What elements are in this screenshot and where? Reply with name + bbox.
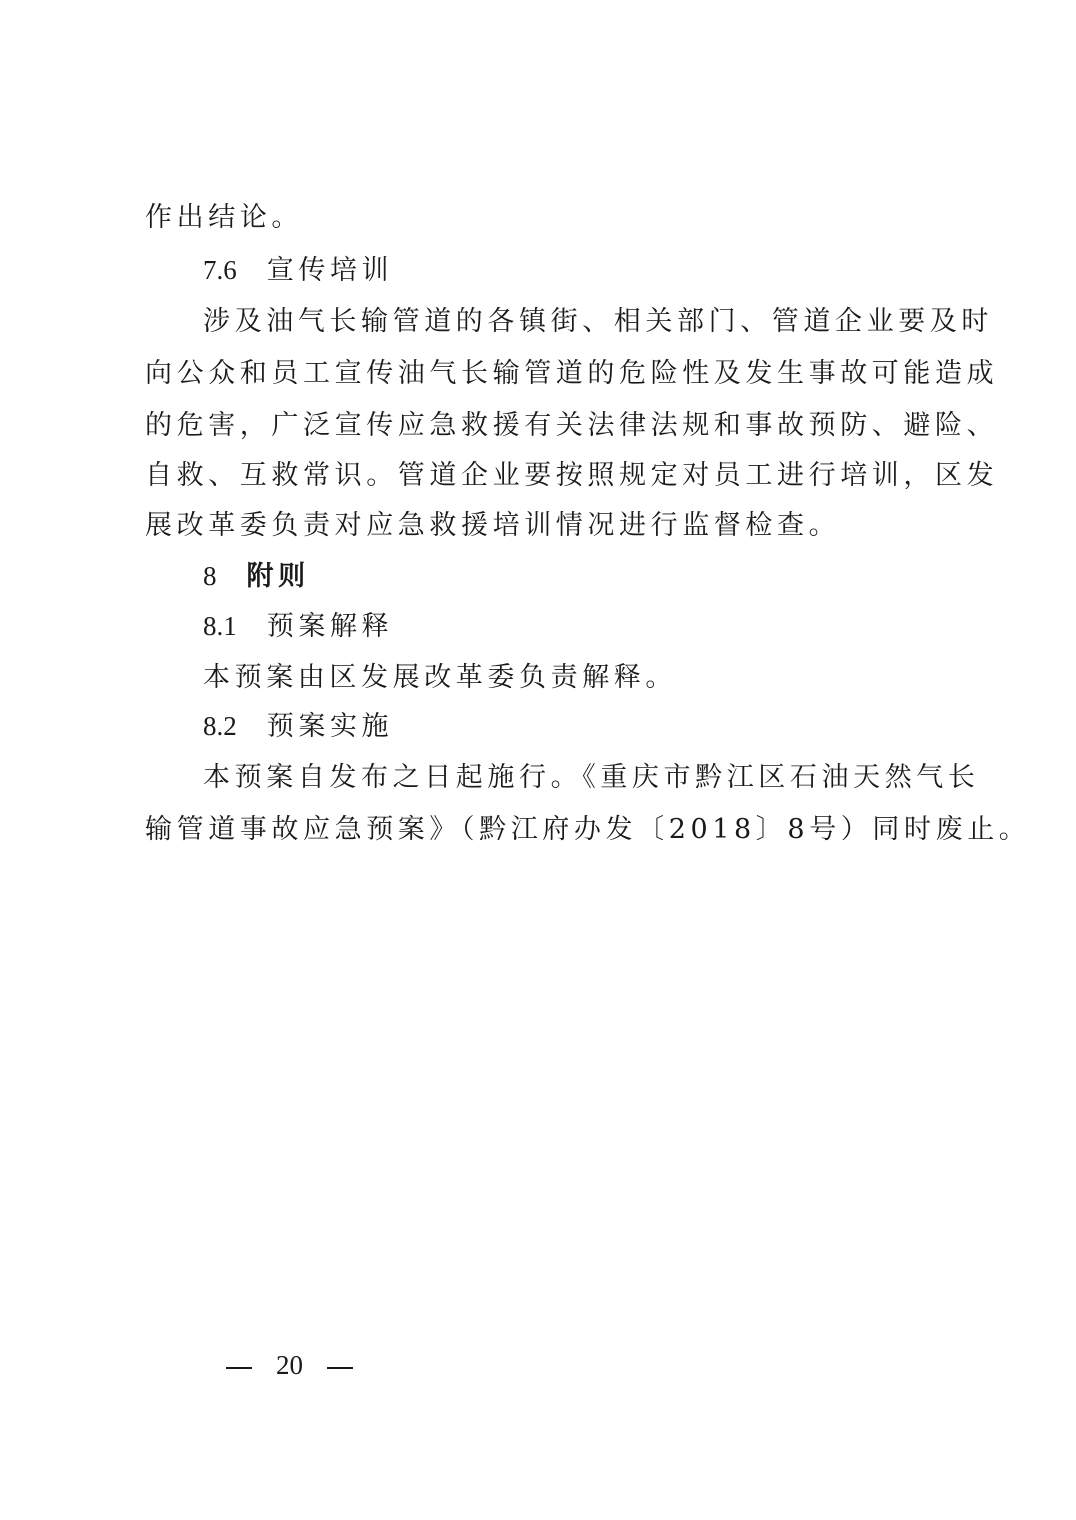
- paragraph-continuation: 作出结论。: [145, 198, 303, 238]
- paragraph-line: 本预案由区发展改革委负责解释。: [203, 658, 677, 698]
- section-title: 预案解释: [267, 611, 393, 642]
- section-heading-8-1: 8.1预案解释: [203, 606, 393, 647]
- section-number: 7.6: [203, 250, 237, 290]
- section-title: 附则: [247, 561, 310, 592]
- section-heading-8: 8附则: [203, 556, 310, 597]
- section-number: 8.2: [203, 706, 237, 746]
- footer-dash-left: [226, 1367, 252, 1369]
- paragraph-line: 展改革委负责对应急救援培训情况进行监督检查。: [145, 506, 840, 546]
- section-title: 宣传培训: [267, 255, 393, 286]
- paragraph-line: 涉及油气长输管道的各镇街、相关部门、管道企业要及时: [203, 302, 993, 342]
- paragraph-line: 向公众和员工宣传油气长输管道的危险性及发生事故可能造成: [145, 354, 998, 394]
- page-footer: 20: [222, 1345, 357, 1385]
- page-number: 20: [276, 1350, 303, 1380]
- paragraph-line: 自救、互救常识。管道企业要按照规定对员工进行培训，区发: [145, 456, 998, 496]
- paragraph-line: 输管道事故应急预案》（黔江府办发〔2018〕8号）同时废止。: [145, 810, 1030, 850]
- section-title: 预案实施: [267, 711, 393, 742]
- footer-dash-right: [327, 1367, 353, 1369]
- section-heading-7-6: 7.6宣传培训: [203, 250, 393, 291]
- document-page: 作出结论。 7.6宣传培训 涉及油气长输管道的各镇街、相关部门、管道企业要及时 …: [0, 0, 1076, 1520]
- section-number: 8.1: [203, 606, 237, 646]
- paragraph-line: 的危害，广泛宣传应急救援有关法律法规和事故预防、避险、: [145, 406, 998, 446]
- section-number: 8: [203, 556, 217, 596]
- section-heading-8-2: 8.2预案实施: [203, 706, 393, 747]
- paragraph-line: 本预案自发布之日起施行。《重庆市黔江区石油天然气长: [203, 758, 980, 798]
